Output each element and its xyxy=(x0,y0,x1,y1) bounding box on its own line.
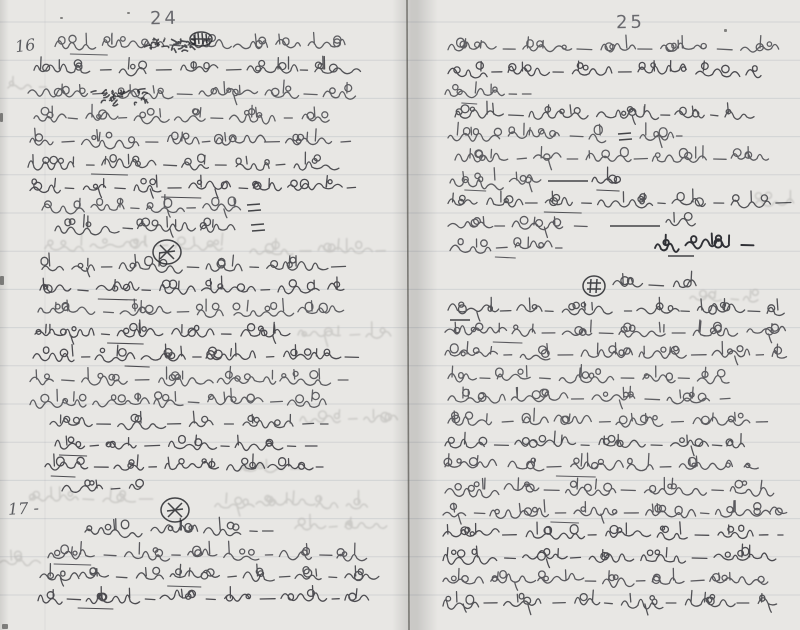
page-number-right: 25 xyxy=(616,12,645,34)
paper-speck xyxy=(0,276,4,285)
paper-speck xyxy=(60,17,63,19)
page-edge-shadow xyxy=(0,0,9,630)
paper-speck xyxy=(0,113,3,122)
page-number-left: 24 xyxy=(150,8,179,30)
margin-entry-number-17: 17 - xyxy=(8,498,40,519)
paper-speck xyxy=(127,12,130,14)
manuscript-artwork: களபொ - ய - ப - ப பொன்னுக்கு ப்பணம்நஉய - … xyxy=(0,0,800,630)
scanned-notebook: களபொ - ய - ப - ப பொன்னுக்கு ப்பணம்நஉய - … xyxy=(0,0,800,630)
margin-entry-number-16: 16 xyxy=(14,35,37,56)
paper-speck xyxy=(724,29,727,32)
gutter-shadow xyxy=(392,0,438,630)
paper-speck xyxy=(2,624,8,629)
